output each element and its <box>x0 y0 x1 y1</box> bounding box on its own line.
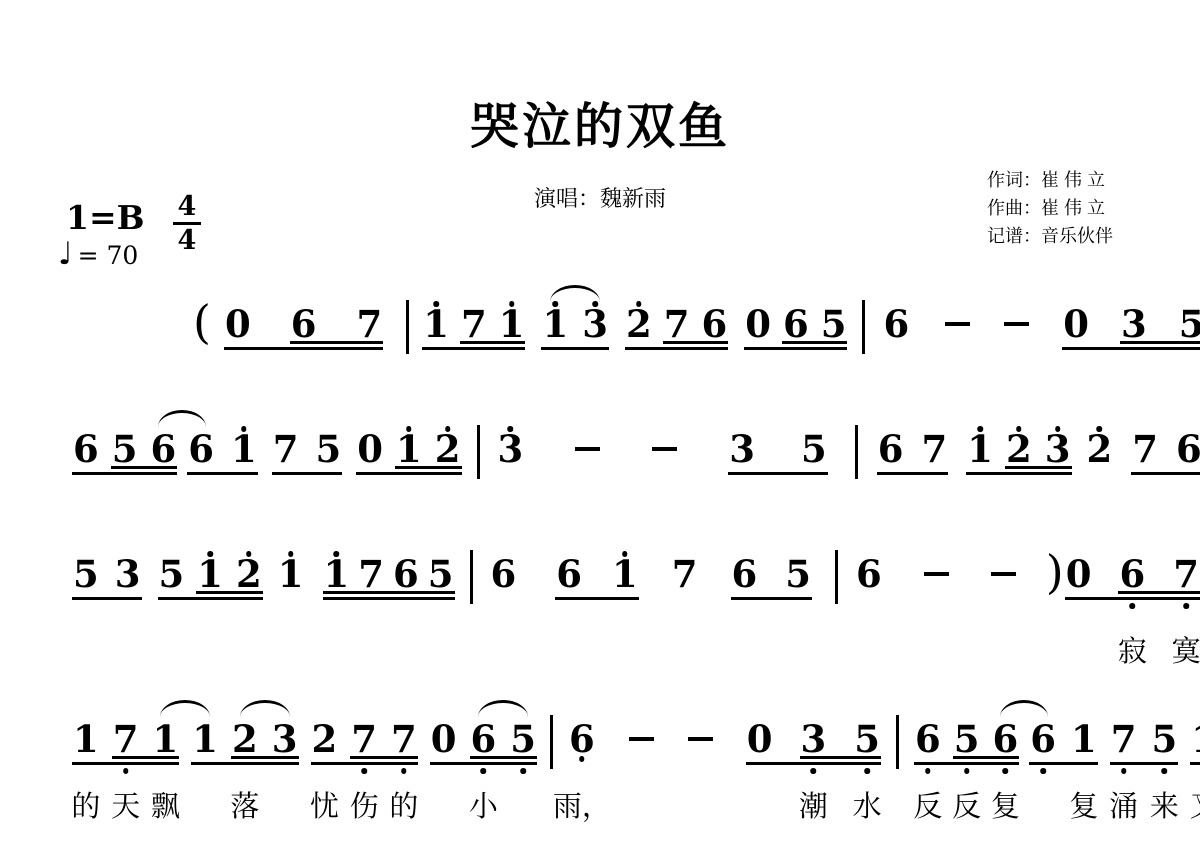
beam-group: 123 <box>967 428 1070 470</box>
beam-group: 61 <box>556 553 638 595</box>
lyric: 天 <box>111 784 140 825</box>
note-number: 3 <box>498 427 524 471</box>
note-number: 0 <box>1066 552 1092 596</box>
note: 6 <box>993 718 1019 760</box>
octave-dot-above <box>406 426 412 432</box>
lyric: 复 <box>991 784 1020 825</box>
score-line: 53512117656617656)067寂寞 <box>73 553 1200 599</box>
note: 3 <box>582 303 608 345</box>
octave-dot-below <box>811 768 817 774</box>
note: 6 <box>291 303 317 345</box>
beam-group: 067 <box>225 303 382 345</box>
note: 1 <box>1191 718 1200 760</box>
note-number: 5 <box>954 717 980 761</box>
note-number: 1 <box>231 427 257 471</box>
note: 6 <box>783 303 809 345</box>
lyric: 飘 <box>151 784 180 825</box>
note: 5 <box>1179 303 1200 345</box>
note-number: 3 <box>801 717 827 761</box>
note: 2 <box>1087 428 1113 470</box>
note: 6 <box>856 553 882 595</box>
note-number: 5 <box>1152 717 1178 761</box>
note-number: 0 <box>1063 302 1089 346</box>
octave-dot-below <box>361 768 367 774</box>
note: 2 <box>435 428 461 470</box>
note: 2 <box>312 718 338 760</box>
beam-group: 067 <box>1066 553 1199 595</box>
beam-group: 53 <box>73 553 141 595</box>
octave-dot-above <box>433 301 439 307</box>
note: 2 <box>1006 428 1032 470</box>
double-beam: 12 <box>396 428 461 470</box>
double-beam: 71 <box>113 718 179 760</box>
note: 5 <box>954 718 980 760</box>
barline <box>406 300 409 354</box>
double-beam: 76 <box>664 303 728 345</box>
note: 1 <box>542 303 568 345</box>
note-number: 6 <box>393 552 419 596</box>
note: 6 <box>569 718 595 760</box>
note-number: 1 <box>153 717 179 761</box>
meter-numerator: 4 <box>173 193 202 225</box>
note: 6 <box>915 718 941 760</box>
note-number: 6 <box>883 302 909 346</box>
note: 7 <box>1111 718 1137 760</box>
note-number: 6 <box>856 552 882 596</box>
beam-group: 61 <box>188 428 257 470</box>
beam-group: 277 <box>312 718 417 760</box>
note-number: 5 <box>801 427 827 471</box>
barline <box>835 550 838 604</box>
note: 0 <box>1066 553 1092 595</box>
note-number: 2 <box>435 427 461 471</box>
note-number: 6 <box>915 717 941 761</box>
dash <box>1004 322 1029 326</box>
beam-group: 171 <box>73 718 178 760</box>
note-number: 1 <box>73 717 99 761</box>
lyric: 忧 <box>310 784 339 825</box>
note-number: 6 <box>291 302 317 346</box>
double-beam: 77 <box>351 718 417 760</box>
note: 7 <box>664 303 690 345</box>
note: 6 <box>556 553 582 595</box>
dash <box>575 447 600 451</box>
beam-group: 065 <box>431 718 536 760</box>
note-number: 2 <box>232 717 258 761</box>
score-line: 656617501233567123276 <box>73 428 1200 474</box>
barline <box>855 425 858 479</box>
double-beam: 65 <box>471 718 537 760</box>
note: 7 <box>922 428 948 470</box>
beam-group: 75 <box>273 428 342 470</box>
note-number: 6 <box>878 427 904 471</box>
double-beam: 1765 <box>324 553 454 595</box>
beam-group: 67 <box>878 428 948 470</box>
note-number: 1 <box>197 552 223 596</box>
double-beam: 65 <box>783 303 847 345</box>
note: 5 <box>854 718 880 760</box>
slur <box>160 700 210 717</box>
octave-dot-above <box>509 301 515 307</box>
note: 6 <box>393 553 419 595</box>
score-line: (067171132760656035 <box>193 303 1200 349</box>
note-number: 2 <box>236 552 262 596</box>
beam-group: 512 <box>159 553 262 595</box>
note: 7 <box>1132 428 1158 470</box>
note-number: 6 <box>732 552 758 596</box>
beam-group: 75 <box>1111 718 1178 760</box>
note-number: 2 <box>1006 427 1032 471</box>
lyric: 水 <box>853 784 882 825</box>
note: 1 <box>73 718 99 760</box>
note: 1 <box>499 303 525 345</box>
lyric: 伤 <box>350 784 379 825</box>
note: 0 <box>745 303 771 345</box>
note-number: 3 <box>1045 427 1071 471</box>
note-number: 7 <box>273 427 299 471</box>
note: 5 <box>112 428 138 470</box>
octave-dot-below <box>481 768 487 774</box>
note: 6 <box>1119 553 1145 595</box>
note: 0 <box>357 428 383 470</box>
note: 7 <box>391 718 417 760</box>
credit-composer: 作曲：崔 伟 立 <box>987 194 1113 222</box>
slur <box>478 700 528 717</box>
beam-group: 76 <box>1132 428 1200 470</box>
beam-group: 656 <box>915 718 1018 760</box>
double-beam: 56 <box>954 718 1019 760</box>
note-number: 7 <box>672 552 698 596</box>
octave-dot-above <box>207 551 213 557</box>
lyric: 的 <box>389 784 418 825</box>
lyric: 寞 <box>1172 629 1200 670</box>
note: 5 <box>510 718 536 760</box>
lyric: 的 <box>71 784 100 825</box>
note-number: 1 <box>423 302 449 346</box>
beam-group: 035 <box>1063 303 1200 345</box>
note-number: 6 <box>569 717 595 761</box>
note: 3 <box>729 428 755 470</box>
beam-group: 012 <box>357 428 460 470</box>
octave-dot-below <box>1040 768 1046 774</box>
octave-dot-below <box>579 756 585 762</box>
octave-dot-below <box>1130 603 1136 609</box>
note: 6 <box>701 303 727 345</box>
note: 7 <box>113 718 139 760</box>
octave-dot-below <box>123 768 129 774</box>
sheet-music-page: 哭泣的双鱼 演唱：魏新雨 作词：崔 伟 立 作曲：崔 伟 立 记谱：音乐伙伴 1… <box>0 0 1200 850</box>
octave-dot-above <box>636 301 642 307</box>
dash <box>629 737 654 741</box>
note: 6 <box>732 553 758 595</box>
octave-dot-above <box>622 551 628 557</box>
octave-dot-below <box>1162 768 1168 774</box>
octave-dot-above <box>1016 426 1022 432</box>
note-number: 6 <box>701 302 727 346</box>
note: 3 <box>1121 303 1147 345</box>
beam-group: 61 <box>1030 718 1097 760</box>
note: 5 <box>801 428 827 470</box>
note: 6 <box>471 718 497 760</box>
note: 5 <box>821 303 847 345</box>
note-number: 7 <box>1111 717 1137 761</box>
note-number: 6 <box>188 427 214 471</box>
octave-dot-below <box>1183 603 1189 609</box>
note: 2 <box>626 303 652 345</box>
barline <box>477 425 480 479</box>
note-number: 2 <box>1087 427 1113 471</box>
octave-dot-above <box>1097 426 1103 432</box>
dash <box>991 572 1016 576</box>
note-number: 5 <box>510 717 536 761</box>
note: 0 <box>747 718 773 760</box>
note: 6 <box>188 428 214 470</box>
note: 0 <box>431 718 457 760</box>
note-number: 1 <box>192 717 218 761</box>
note: 1 <box>192 718 218 760</box>
note-number: 1 <box>1191 717 1200 761</box>
note-number: 0 <box>745 302 771 346</box>
note: 7 <box>351 718 377 760</box>
slur <box>158 410 206 427</box>
lyric: 来 <box>1150 784 1179 825</box>
note: 7 <box>461 303 487 345</box>
double-beam: 35 <box>1121 303 1200 345</box>
note-number: 5 <box>1179 302 1200 346</box>
note-number: 3 <box>115 552 141 596</box>
note: 1 <box>396 428 422 470</box>
meter-denominator: 4 <box>173 225 202 254</box>
note: 1 <box>153 718 179 760</box>
note: 5 <box>428 553 454 595</box>
note: 6 <box>1176 428 1200 470</box>
barline <box>470 550 473 604</box>
octave-dot-below <box>964 768 970 774</box>
note: 5 <box>785 553 811 595</box>
double-beam: 71 <box>461 303 525 345</box>
note: 2 <box>236 553 262 595</box>
note-number: 5 <box>428 552 454 596</box>
time-signature: 44 <box>173 193 202 254</box>
note: 6 <box>883 303 909 345</box>
note-number: 5 <box>821 302 847 346</box>
beam-group: 656 <box>73 428 176 470</box>
note: 3 <box>115 553 141 595</box>
note: 7 <box>1173 553 1199 595</box>
octave-dot-below <box>401 768 407 774</box>
barline <box>550 715 553 769</box>
open-paren: ( <box>193 301 211 343</box>
note-number: 5 <box>159 552 185 596</box>
octave-dot-above <box>508 426 514 432</box>
slur <box>240 700 290 717</box>
barline <box>896 715 899 769</box>
note-number: 7 <box>664 302 690 346</box>
note-number: 7 <box>461 302 487 346</box>
note-number: 3 <box>272 717 298 761</box>
note-number: 2 <box>312 717 338 761</box>
note: 7 <box>358 553 384 595</box>
beam-group: 171 <box>423 303 524 345</box>
note: 1 <box>612 553 638 595</box>
note: 6 <box>1030 718 1056 760</box>
note: 3 <box>1045 428 1071 470</box>
double-beam: 67 <box>1119 553 1199 595</box>
note: 1 <box>423 303 449 345</box>
note: 5 <box>73 553 99 595</box>
beam-group: 12 <box>1191 718 1200 760</box>
note-number: 2 <box>626 302 652 346</box>
note: 3 <box>801 718 827 760</box>
note-number: 6 <box>73 427 99 471</box>
note-number: 6 <box>556 552 582 596</box>
tempo-value: = 70 <box>78 241 139 270</box>
octave-dot-above <box>1055 426 1061 432</box>
note: 6 <box>491 553 517 595</box>
note-number: 6 <box>1030 717 1056 761</box>
double-beam: 35 <box>801 718 881 760</box>
note-number: 6 <box>491 552 517 596</box>
lyric: 复 <box>1069 784 1098 825</box>
lyric: 又 <box>1190 784 1200 825</box>
note: 6 <box>878 428 904 470</box>
note-number: 3 <box>729 427 755 471</box>
credits-block: 作词：崔 伟 立 作曲：崔 伟 立 记谱：音乐伙伴 <box>987 166 1113 250</box>
beam-group: 065 <box>745 303 846 345</box>
lyric: 潮 <box>799 784 828 825</box>
beam-group: 035 <box>747 718 880 760</box>
quarter-note-icon: ♩ <box>58 236 73 272</box>
slur <box>1000 700 1048 717</box>
note-number: 7 <box>922 427 948 471</box>
note-number: 0 <box>747 717 773 761</box>
note: 0 <box>225 303 251 345</box>
note-number: 6 <box>1176 427 1200 471</box>
octave-dot-above <box>977 426 983 432</box>
double-beam: 23 <box>232 718 298 760</box>
lyric: 反 <box>913 784 942 825</box>
note-number: 6 <box>993 717 1019 761</box>
note-number: 3 <box>1121 302 1147 346</box>
note-number: 5 <box>316 427 342 471</box>
note-number: 3 <box>582 302 608 346</box>
note-number: 1 <box>499 302 525 346</box>
octave-dot-above <box>334 551 340 557</box>
score-line: 1711232770656035656617512的天飘落忧伤的小雨，潮水反反复… <box>73 718 1200 764</box>
note: 7 <box>273 428 299 470</box>
octave-dot-below <box>864 768 870 774</box>
barline <box>862 300 865 354</box>
note-number: 7 <box>351 717 377 761</box>
note: 1 <box>1071 718 1097 760</box>
note: 5 <box>1152 718 1178 760</box>
beam-group: 35 <box>729 428 827 470</box>
note-number: 6 <box>1119 552 1145 596</box>
beam-group: 123 <box>192 718 297 760</box>
lyric: 寂 <box>1118 629 1147 670</box>
note-number: 1 <box>542 302 568 346</box>
dash <box>945 322 970 326</box>
note-number: 6 <box>151 427 177 471</box>
song-title: 哭泣的双鱼 <box>0 88 1200 158</box>
dash <box>652 447 677 451</box>
note: 1 <box>324 553 350 595</box>
note-number: 1 <box>278 552 304 596</box>
key-label: 1=B <box>66 198 145 237</box>
note: 7 <box>672 553 698 595</box>
note: 1 <box>278 553 304 595</box>
note-number: 6 <box>783 302 809 346</box>
note: 2 <box>232 718 258 760</box>
note-number: 1 <box>324 552 350 596</box>
note-number: 5 <box>112 427 138 471</box>
note-number: 6 <box>471 717 497 761</box>
note: 6 <box>151 428 177 470</box>
credit-notation: 记谱：音乐伙伴 <box>987 222 1113 250</box>
note-number: 7 <box>1173 552 1199 596</box>
dash <box>924 572 949 576</box>
beam-group: 276 <box>626 303 727 345</box>
octave-dot-above <box>288 551 294 557</box>
note-number: 1 <box>612 552 638 596</box>
dash <box>688 737 713 741</box>
note: 0 <box>1063 303 1089 345</box>
close-paren: ) <box>1046 551 1064 593</box>
note-number: 1 <box>396 427 422 471</box>
note-number: 5 <box>854 717 880 761</box>
note: 5 <box>159 553 185 595</box>
note-number: 7 <box>113 717 139 761</box>
slur <box>550 285 600 302</box>
octave-dot-above <box>445 426 451 432</box>
lyric: 落 <box>230 784 259 825</box>
note-number: 0 <box>431 717 457 761</box>
beam-group: 1765 <box>324 553 454 595</box>
lyric: 雨， <box>553 784 611 825</box>
note-number: 7 <box>356 302 382 346</box>
double-beam: 12 <box>197 553 262 595</box>
octave-dot-above <box>246 551 252 557</box>
octave-dot-below <box>1003 768 1009 774</box>
note: 3 <box>272 718 298 760</box>
lyric: 涌 <box>1109 784 1138 825</box>
note: 5 <box>316 428 342 470</box>
double-beam: 56 <box>112 428 177 470</box>
note-number: 1 <box>1071 717 1097 761</box>
note-number: 0 <box>225 302 251 346</box>
octave-dot-below <box>925 768 931 774</box>
note-number: 7 <box>1132 427 1158 471</box>
note: 1 <box>231 428 257 470</box>
octave-dot-above <box>241 426 247 432</box>
beam-group: 65 <box>732 553 812 595</box>
double-beam: 23 <box>1006 428 1071 470</box>
lyric: 反 <box>952 784 981 825</box>
note-number: 5 <box>785 552 811 596</box>
note-number: 5 <box>73 552 99 596</box>
lyric: 小 <box>469 784 498 825</box>
note: 3 <box>498 428 524 470</box>
note-number: 1 <box>967 427 993 471</box>
octave-dot-below <box>1121 768 1127 774</box>
note-number: 0 <box>357 427 383 471</box>
note: 6 <box>73 428 99 470</box>
note: 1 <box>197 553 223 595</box>
note-number: 7 <box>391 717 417 761</box>
note-number: 7 <box>358 552 384 596</box>
note: 1 <box>967 428 993 470</box>
double-beam: 67 <box>291 303 383 345</box>
